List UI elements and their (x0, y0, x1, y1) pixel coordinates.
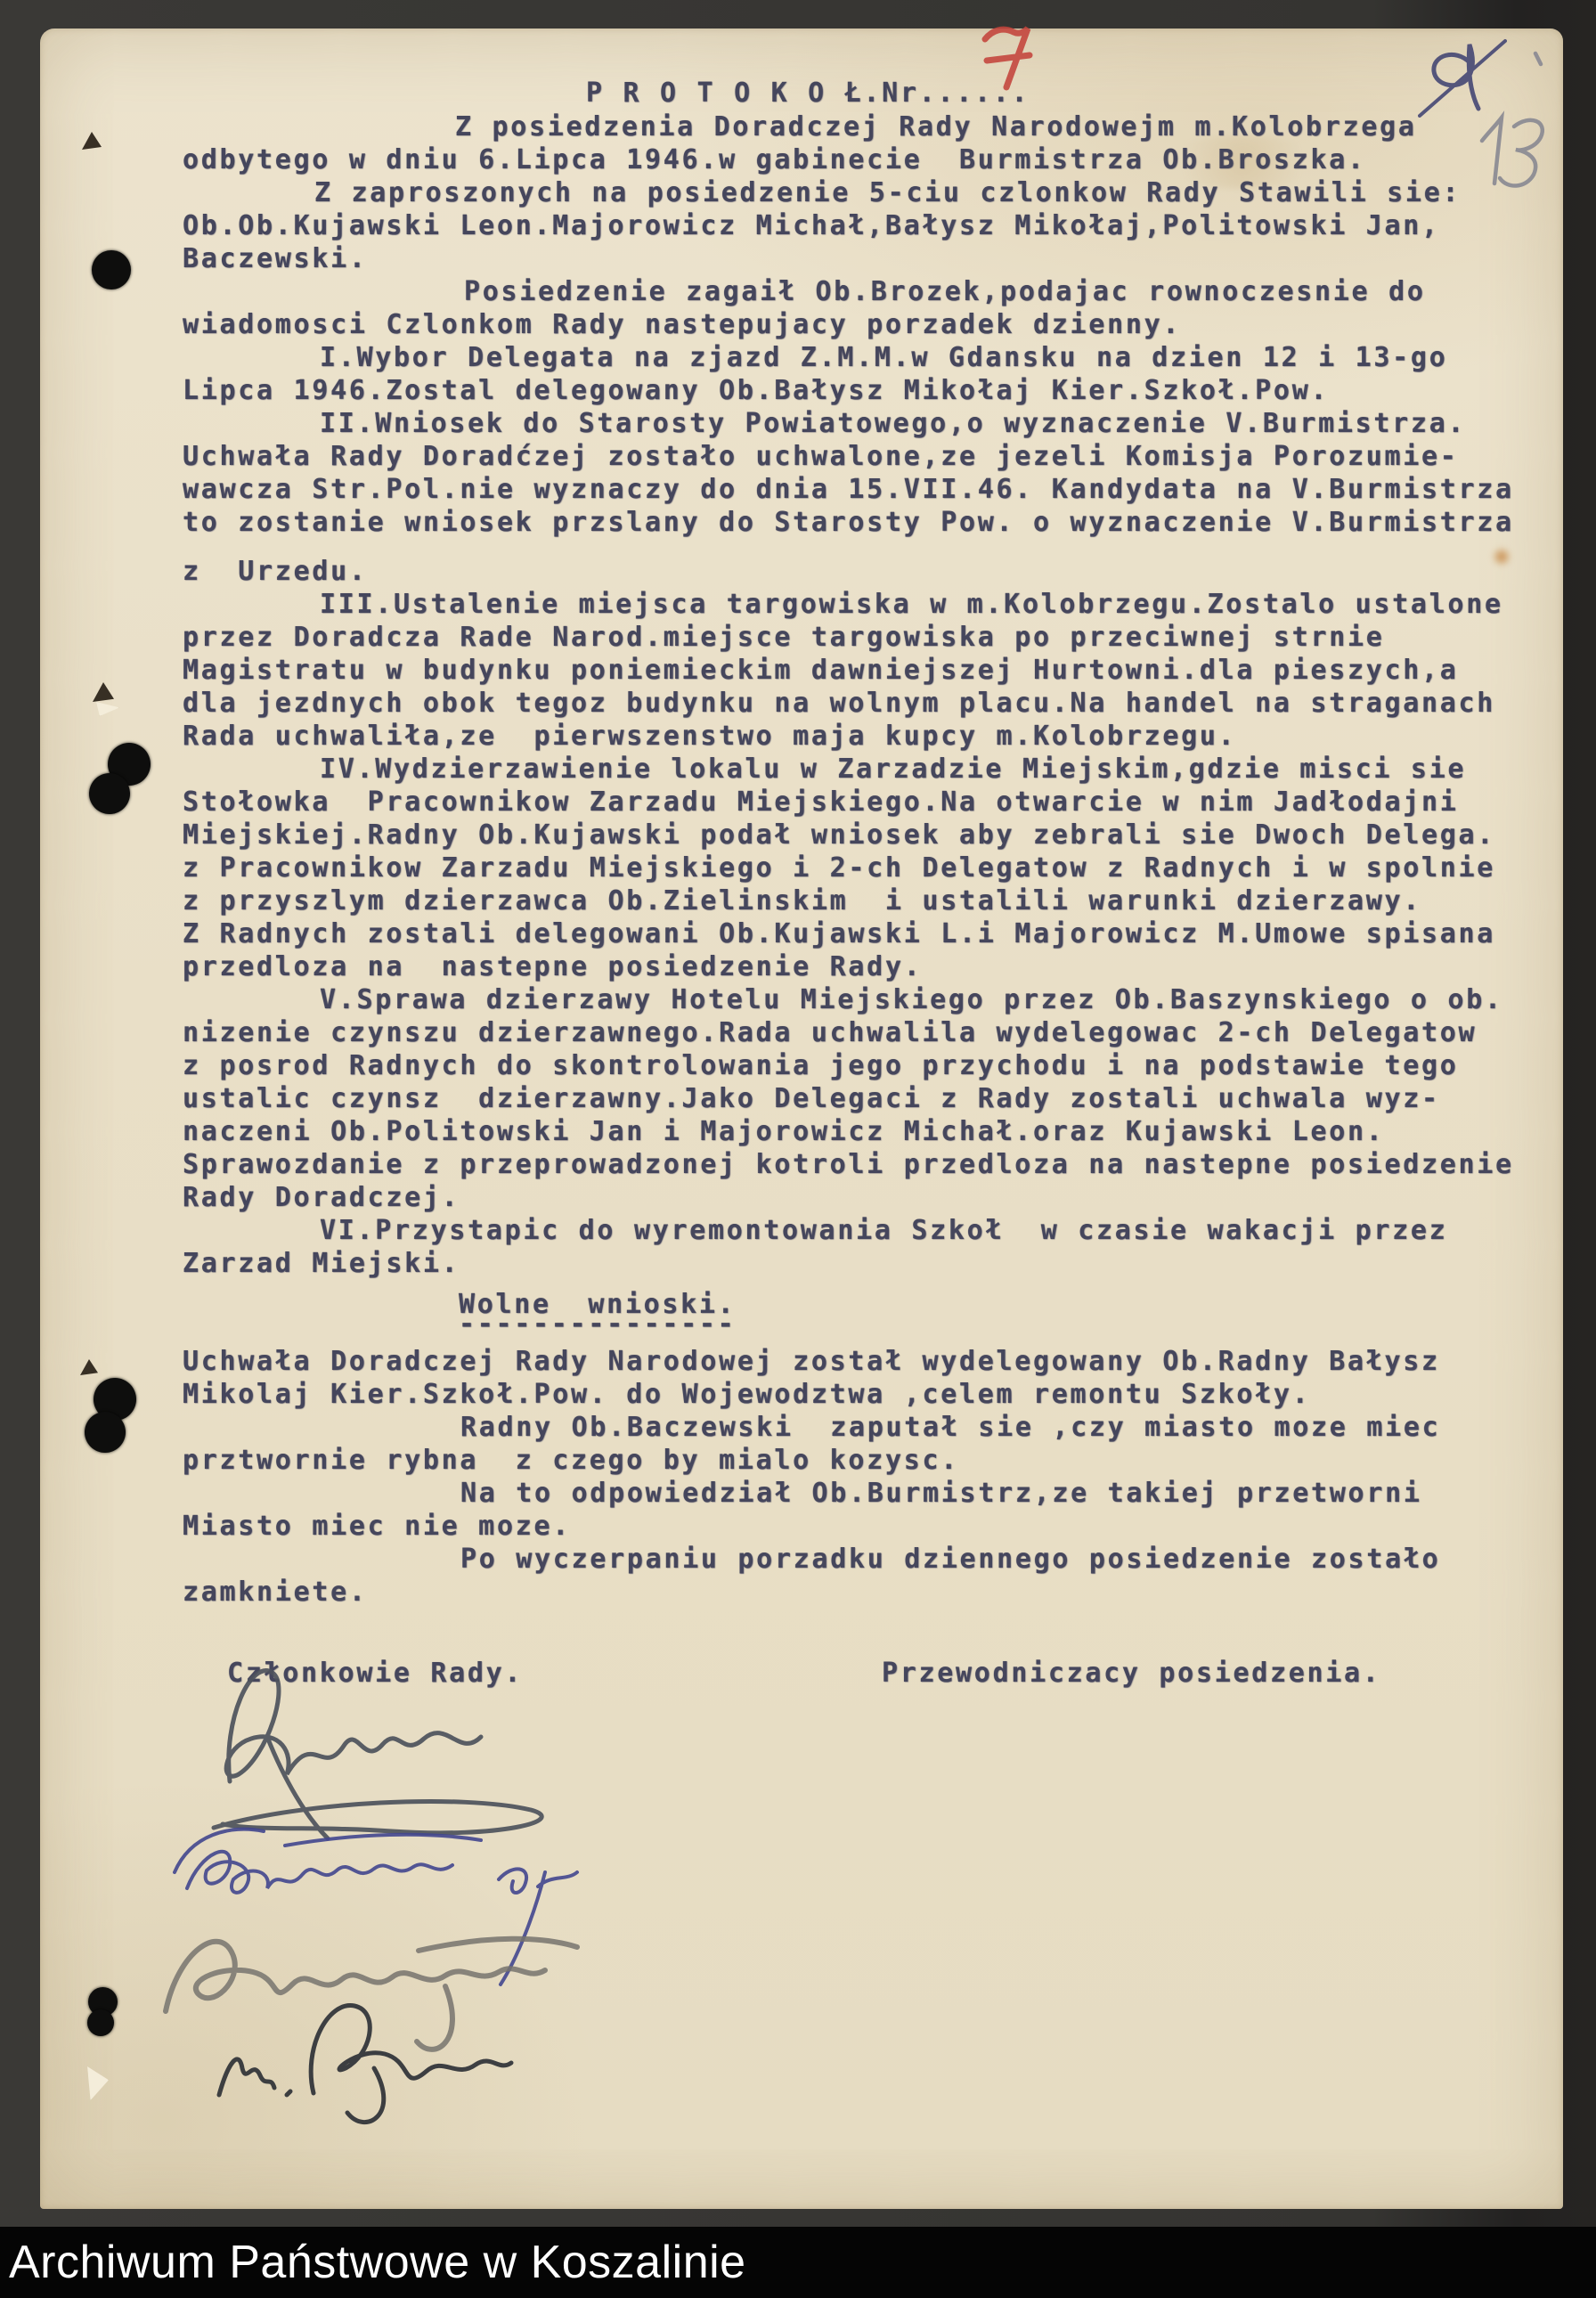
text-line: V.Sprawa dzierzawy Hotelu Miejskiego prz… (320, 985, 1503, 1015)
text-line: z Urzedu. (183, 557, 368, 587)
text-line: Po wyczerpaniu porzadku dziennego posied… (460, 1544, 1440, 1575)
punch-hole (89, 773, 130, 814)
text-line: III.Ustalenie miejsca targowiska w m.Kol… (320, 590, 1503, 620)
text-line: VI.Przystapic do wyremontowania Szkoł w … (320, 1216, 1447, 1246)
text-line: Stołowka Pracownikow Zarzadu Miejskiego.… (183, 787, 1459, 818)
document-title: P R O T O K O Ł.Nr...... (586, 78, 1030, 109)
text-line: Rady Doradczej. (183, 1183, 460, 1213)
text-line: zamkniete. (183, 1577, 368, 1608)
text-line: Miejskiej.Radny Ob.Kujawski podał wniose… (183, 820, 1495, 851)
text-line: Uchwała Doradczej Rady Narodowej został … (183, 1347, 1440, 1377)
punch-hole (92, 250, 131, 289)
text-line: Posiedzenie zagaił Ob.Brozek,podajac row… (464, 277, 1426, 307)
signature-block-right-label: Przewodniczacy posiedzenia. (882, 1658, 1381, 1689)
text-line: przez Doradcza Rade Narod.miejsce targow… (183, 623, 1385, 653)
text-line: przedloza na nastepne posiedzenie Rady. (183, 952, 922, 982)
text-line: II.Wniosek do Starosty Powiatowego,o wyz… (320, 409, 1466, 439)
text-line: Zarzad Miejski. (183, 1249, 460, 1279)
text-line: dla jezdnych obok tegoz budynku na wolny… (183, 689, 1495, 719)
punch-hole (85, 1412, 126, 1453)
text-line: naczeni Ob.Politowski Jan i Majorowicz M… (183, 1117, 1385, 1147)
scanned-document: P R O T O K O Ł.Nr......Z posiedzenia Do… (0, 0, 1596, 2298)
text-line: Miasto miec nie moze. (183, 1512, 571, 1542)
text-line: Sprawozdanie z przeprowadzonej kotroli p… (183, 1150, 1514, 1180)
text-line: Uchwała Rady Doradćzej zostało uchwalone… (183, 442, 1459, 472)
text-line: Z posiedzenia Doradczej Rady Narodowejm … (455, 112, 1417, 143)
text-line: to zostanie wniosek przslany do Starosty… (183, 508, 1514, 538)
text-line: Baczewski. (183, 244, 368, 274)
text-line: Ob.Ob.Kujawski Leon.Majorowicz Michał,Ba… (183, 211, 1440, 241)
text-line: Na to odpowiedział Ob.Burmistrz,ze takie… (460, 1479, 1422, 1509)
text-line: Mikolaj Kier.Szkoł.Pow. do Wojewodztwa ,… (183, 1380, 1310, 1410)
text-line: IV.Wydzierzawienie lokalu w Zarzadzie Mi… (320, 754, 1466, 785)
text-line: prztwornie rybna z czego by mialo kozysc… (183, 1446, 959, 1476)
text-line: z Pracownikow Zarzadu Miejskiego i 2-ch … (183, 853, 1495, 884)
punch-hole (87, 2009, 114, 2036)
text-line: I.Wybor Delegata na zjazd Z.M.M.w Gdansk… (320, 343, 1447, 373)
text-line: odbytego w dniu 6.Lipca 1946.w gabinecie… (183, 145, 1366, 175)
text-line: Magistratu w budynku poniemieckim dawnie… (183, 656, 1459, 686)
text-line: z posrod Radnych do skontrolowania jego … (183, 1051, 1459, 1081)
text-line: Z Radnych zostali delegowani Ob.Kujawski… (183, 919, 1495, 949)
text-line: ustalic czynsz dzierzawny.Jako Delegaci … (183, 1084, 1440, 1114)
text-line: nizenie czynszu dzierzawnego.Rada uchwal… (183, 1018, 1477, 1048)
text-line: z przyszlym dzierzawca Ob.Zielinskim i u… (183, 886, 1421, 917)
rust-stain (1492, 547, 1511, 566)
text-line: wiadomosci Czlonkom Rady nastepujacy por… (183, 310, 1181, 340)
archive-name-label: Archiwum Państwowe w Koszalinie (9, 2236, 746, 2289)
archive-footer-bar: Archiwum Państwowe w Koszalinie (0, 2227, 1596, 2298)
text-line: Radny Ob.Baczewski zaputał sie ,czy mias… (460, 1413, 1440, 1443)
section-heading-underline: --------------- (459, 1309, 736, 1340)
signature-block-left-label: Członkowie Rady. (227, 1658, 523, 1689)
text-line: Rada uchwaliła,ze pierwszenstwo maja kup… (183, 721, 1236, 752)
text-line: Z zaproszonych na posiedzenie 5-ciu czlo… (314, 178, 1461, 208)
text-line: wawcza Str.Pol.nie wyznaczy do dnia 15.V… (183, 475, 1514, 505)
text-line: Lipca 1946.Zostal delegowany Ob.Bałysz M… (183, 376, 1329, 406)
